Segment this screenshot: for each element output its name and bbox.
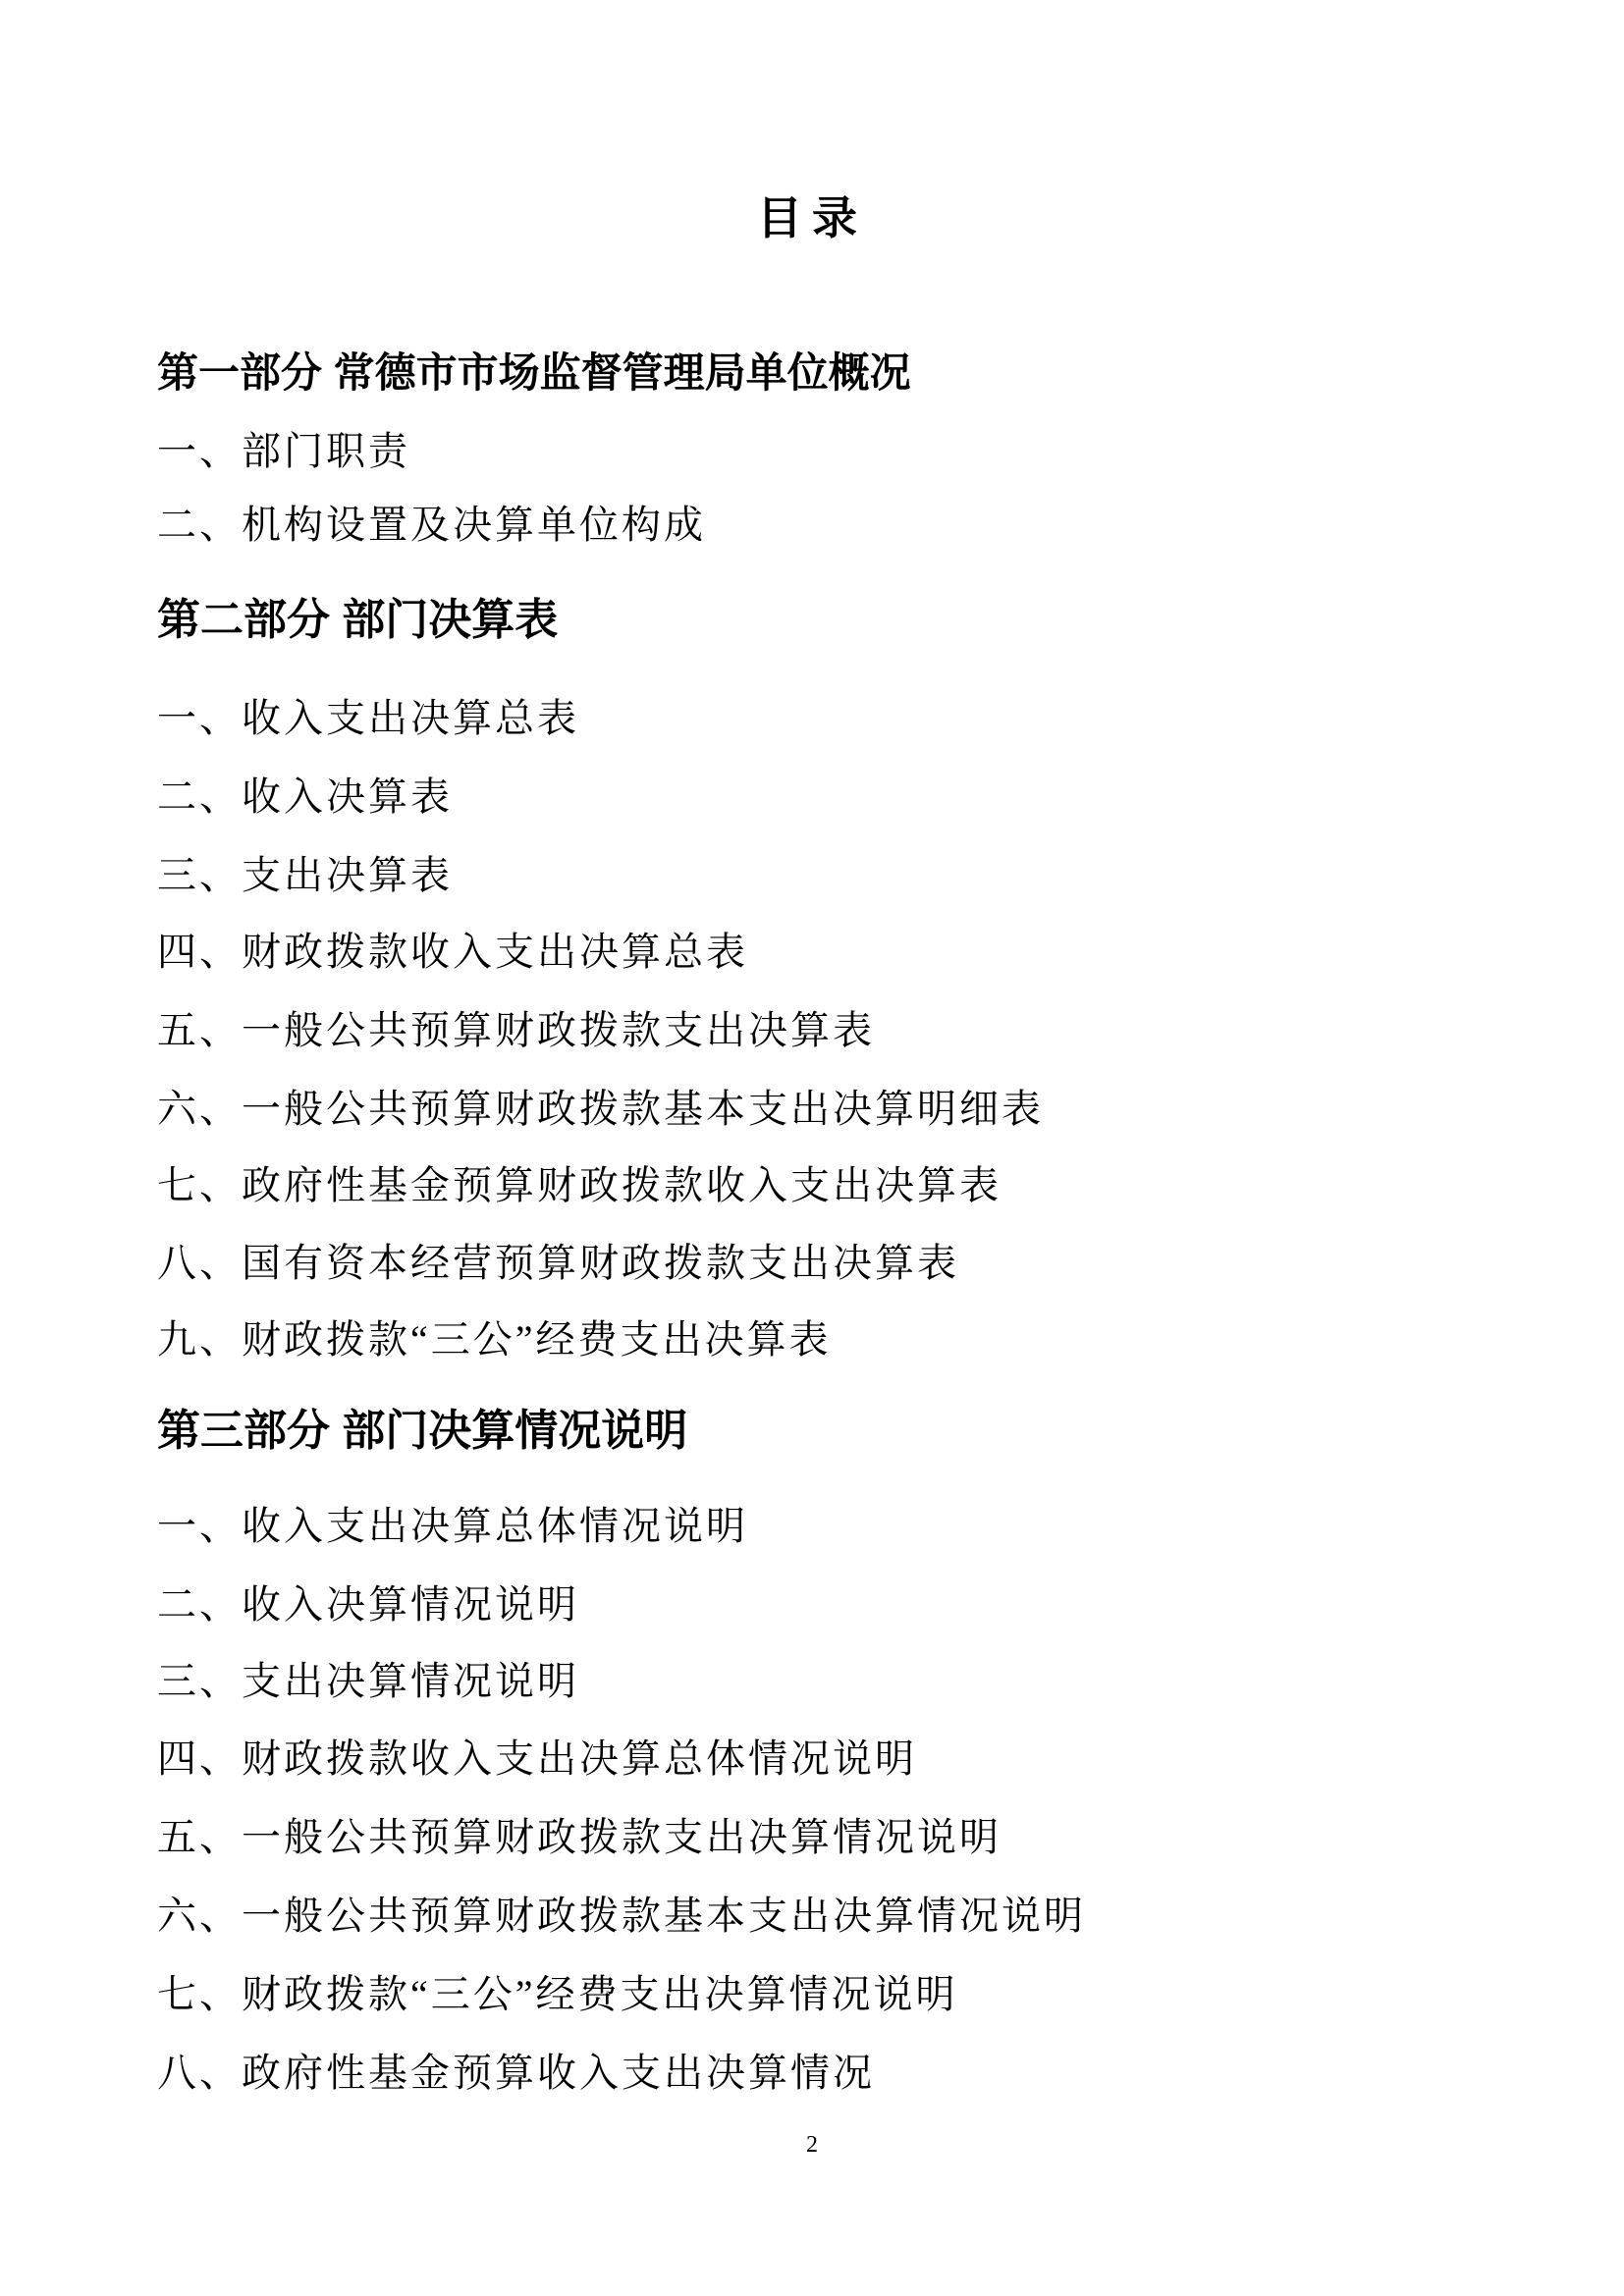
toc-item: 八、政府性基金预算收入支出决算情况 — [157, 2051, 875, 2096]
toc-item: 一、收入支出决算总表 — [157, 696, 579, 741]
toc-item: 七、财政拨款“三公”经费支出决算情况说明 — [157, 1972, 958, 2017]
toc-item: 一、部门职责 — [157, 429, 410, 474]
toc-item: 五、一般公共预算财政拨款支出决算情况说明 — [157, 1815, 1001, 1860]
toc-item: 九、财政拨款“三公”经费支出决算表 — [157, 1317, 832, 1362]
section-2-heading: 第二部分 部门决算表 — [157, 597, 558, 644]
toc-item: 二、收入决算情况说明 — [157, 1582, 579, 1628]
toc-item: 三、支出决算情况说明 — [157, 1659, 579, 1704]
section-1-heading: 第一部分 常德市市场监督管理局单位概况 — [157, 350, 911, 396]
toc-item: 六、一般公共预算财政拨款基本支出决算情况说明 — [157, 1894, 1086, 1939]
toc-item: 五、一般公共预算财政拨款支出决算表 — [157, 1008, 875, 1053]
page-number: 2 — [0, 2132, 1624, 2158]
toc-item: 四、财政拨款收入支出决算总表 — [157, 930, 748, 975]
toc-item: 八、国有资本经营预算财政拨款支出决算表 — [157, 1241, 959, 1286]
page-title: 目录 — [0, 193, 1624, 243]
toc-item: 六、一般公共预算财政拨款基本支出决算明细表 — [157, 1087, 1044, 1132]
toc-item: 一、收入支出决算总体情况说明 — [157, 1504, 748, 1549]
toc-item: 三、支出决算表 — [157, 853, 453, 898]
document-page: 目录 第一部分 常德市市场监督管理局单位概况 一、部门职责 二、机构设置及决算单… — [0, 0, 1624, 2296]
toc-item: 七、政府性基金预算财政拨款收入支出决算表 — [157, 1163, 1001, 1208]
toc-item: 二、机构设置及决算单位构成 — [157, 503, 706, 548]
toc-item: 四、财政拨款收入支出决算总体情况说明 — [157, 1736, 917, 1782]
toc-item: 二、收入决算表 — [157, 774, 453, 820]
section-3-heading: 第三部分 部门决算情况说明 — [157, 1408, 687, 1455]
